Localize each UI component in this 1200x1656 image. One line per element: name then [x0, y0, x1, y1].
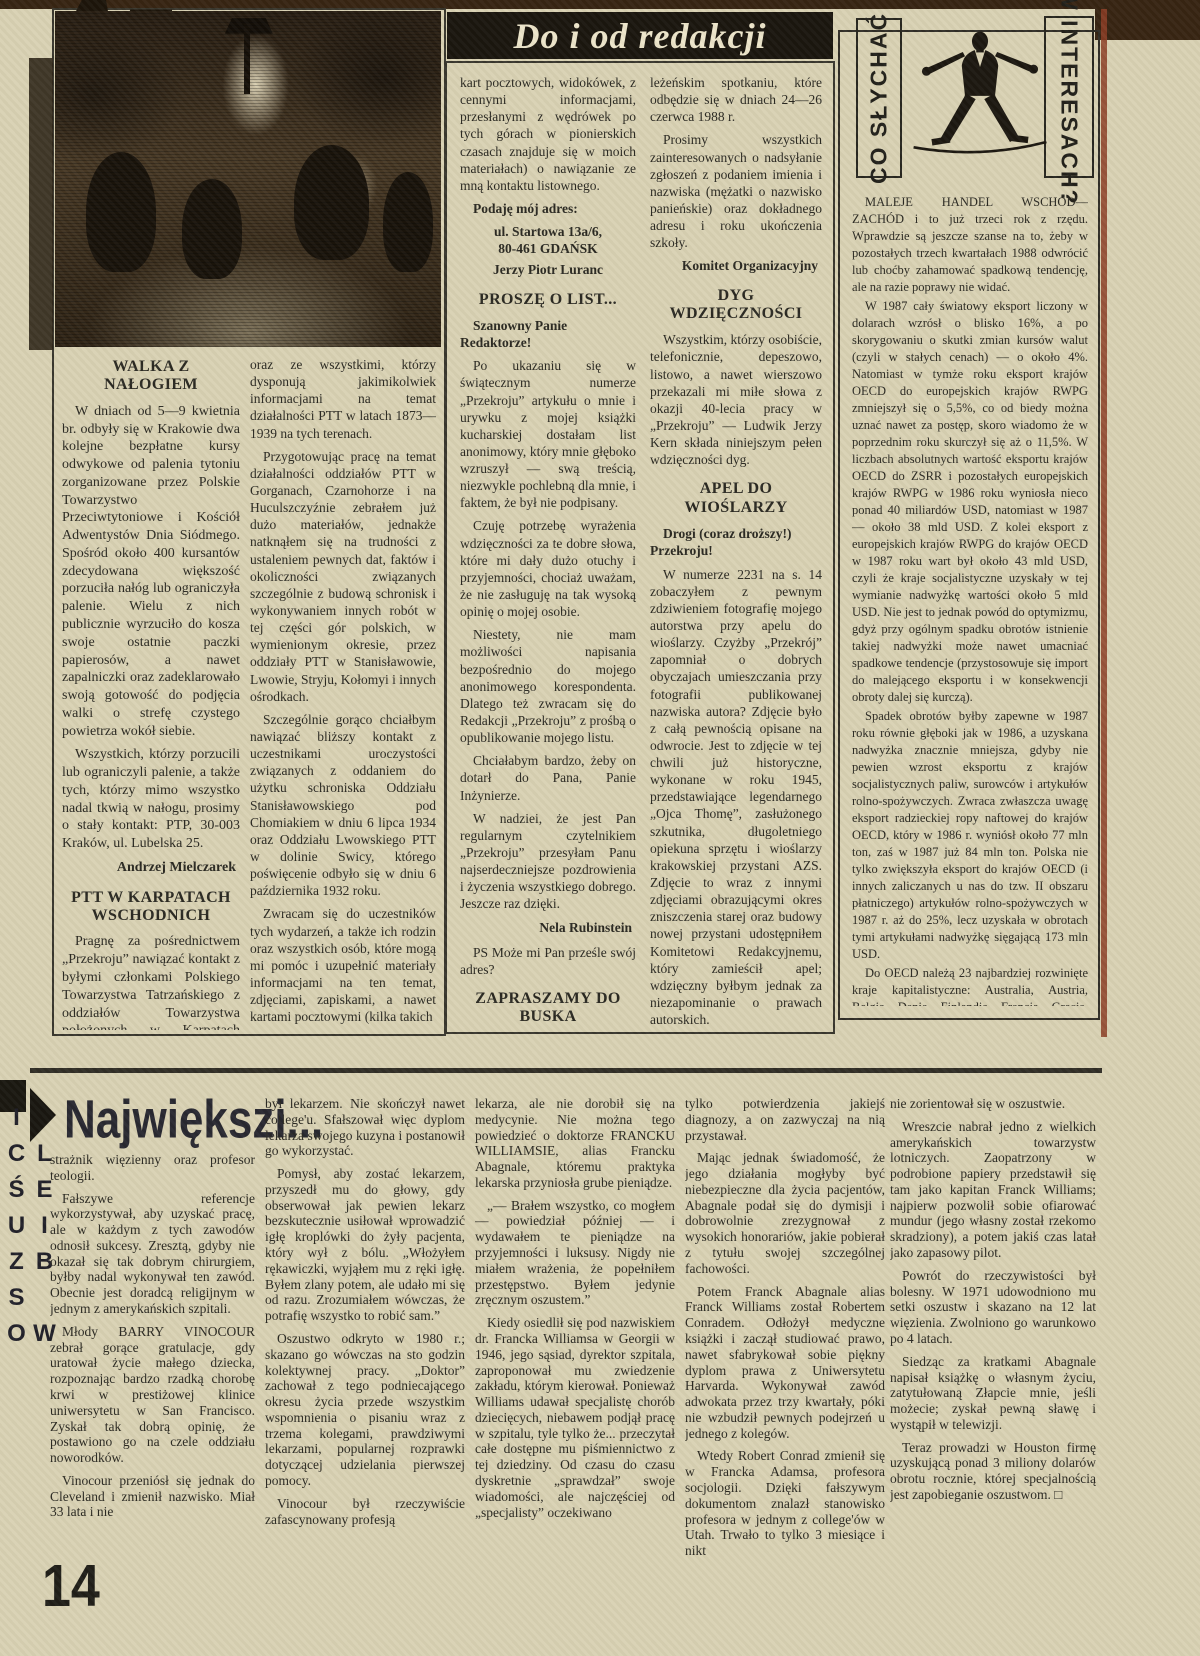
figure-silhouette: [182, 179, 242, 279]
feature-column-2: był lekarzem. Nie skończył nawet college…: [265, 1096, 465, 1652]
article-body: oraz ze wszystkimi, którzy dysponują jak…: [250, 356, 436, 1025]
feature-column-5: nie zorientował się w oszustwie.Wreszcie…: [890, 1096, 1096, 1652]
paragraph: Oszustwo odkryto w 1980 r.; skazano go w…: [265, 1331, 465, 1489]
paragraph: Pomysł, aby zostać lekarzem, przyszedł m…: [265, 1166, 465, 1324]
article-body: MALEJE HANDEL WSCHÓD—ZACHÓD i to już trz…: [852, 194, 1088, 1006]
letter-salutation: Drogi (coraz droższy!) Przekroju!: [650, 525, 822, 559]
letter-title: ZAPRASZAMY DO BUSKA: [468, 990, 628, 1026]
paragraph: tylko potwierdzenia jakiejś diagnozy, a …: [685, 1096, 885, 1143]
paragraph: Szczególnie gorąco chciałbym nawiązać bl…: [250, 711, 436, 900]
paragraph: Chciałabym bardzo, żeby on dotarł do Pan…: [460, 752, 636, 803]
lamp-icon: [225, 18, 273, 34]
paragraph: strażnik więzienny oraz profesor teologi…: [50, 1152, 255, 1184]
kicker-co-slychac: CO SŁYCHAĆ: [856, 18, 902, 178]
paragraph: Przygotowując pracę na temat działalnośc…: [250, 448, 436, 705]
scan-corner-edge: [1095, 0, 1200, 40]
newspaper-page: WALKA Z NAŁOGIEM W dniach od 5—9 kwietni…: [0, 0, 1200, 1656]
paragraph: Wszystkich, którzy porzucili lub ogranic…: [62, 746, 240, 853]
letter-body: kart pocztowych, widokówek, z cennymi in…: [460, 74, 636, 194]
tightrope-walker-illustration: [905, 22, 1055, 172]
paragraph: Wtedy Robert Conrad zmienił się w Franck…: [685, 1448, 885, 1558]
article-maleje-handel: MALEJE HANDEL WSCHÓD—ZACHÓD i to już trz…: [852, 194, 1088, 1006]
feature-body: strażnik więzienny oraz profesor teologi…: [50, 1152, 255, 1520]
paragraph: oraz ze wszystkimi, którzy dysponują jak…: [250, 356, 436, 442]
feature-body: tylko potwierdzenia jakiejś diagnozy, a …: [685, 1096, 885, 1559]
paragraph: Potem Franck Abagnale alias Franck Willi…: [685, 1284, 885, 1442]
address-intro: Podaję mój adres:: [460, 200, 636, 217]
paragraph: Powrót do rzeczywistości był bolesny. W …: [890, 1268, 1096, 1347]
paragraph: W dniach od 5—9 kwietnia br. odbyły się …: [62, 403, 240, 741]
arrow-right-icon: [30, 1088, 56, 1142]
paragraph: W 1987 cały światowy eksport liczony w d…: [852, 298, 1088, 706]
letter-body: W numerze 2231 na s. 14 zobaczyłem z pew…: [650, 566, 822, 1026]
paragraph: Spadek obrotów byłby zapewne w 1987 roku…: [852, 708, 1088, 963]
paragraph: Vinocour przeniósł się jednak do Clevela…: [50, 1473, 255, 1520]
letters-section-banner: Do i od redakcji: [447, 12, 833, 59]
feature-body: nie zorientował się w oszustwie.Wreszcie…: [890, 1096, 1096, 1503]
figure-silhouette: [383, 172, 433, 272]
letter-signature: Nela Rubinstein: [464, 919, 632, 936]
letters-column-1: kart pocztowych, widokówek, z cennymi in…: [460, 74, 636, 1026]
paragraph: był lekarzem. Nie skończył nawet college…: [265, 1096, 465, 1159]
paragraph: leżeńskim spotkaniu, które odbędzie się …: [650, 74, 822, 125]
paragraph: Kiedy osiedlił się pod nazwiskiem dr. Fr…: [475, 1315, 675, 1520]
paragraph: kart pocztowych, widokówek, z cennymi in…: [460, 74, 636, 194]
article-ptt-continuation: oraz ze wszystkimi, którzy dysponują jak…: [250, 356, 436, 1030]
paragraph: Mając jednak świadomość, że jego działan…: [685, 1150, 885, 1276]
paragraph: Prosimy wszystkich zainteresowanych o na…: [650, 131, 822, 251]
letter-body: leżeńskim spotkaniu, które odbędzie się …: [650, 74, 822, 251]
article-signature: Andrzej Mielczarek: [66, 859, 236, 877]
feature-body: był lekarzem. Nie skończył nawet college…: [265, 1096, 465, 1527]
paragraph: Po ukazaniu się w świątecznym numerze „P…: [460, 357, 636, 511]
paragraph: W numerze 2231 na s. 14 zobaczyłem z pew…: [650, 566, 822, 1026]
paragraph: Teraz prowadzi w Houston firmę uzyskując…: [890, 1440, 1096, 1503]
paragraph: Pragnę za pośrednictwem „Przekroju” nawi…: [62, 933, 240, 1030]
feature-column-1: strażnik więzienny oraz profesor teologi…: [50, 1152, 255, 1544]
feature-column-4: tylko potwierdzenia jakiejś diagnozy, a …: [685, 1096, 885, 1652]
paragraph: Zwracam się do uczestników tych wydarzeń…: [250, 905, 436, 1025]
article-title: WALKA Z NAŁOGIEM: [70, 358, 232, 395]
photo-left-edge: [29, 58, 53, 350]
paragraph: Wszystkim, którzy osobiście, telefoniczn…: [650, 331, 822, 468]
paragraph: Siedząc za kratkami Abagnale napisał ksi…: [890, 1354, 1096, 1433]
figure-silhouette: [86, 152, 156, 272]
paragraph: lekarza, ale nie dorobił się na medycyni…: [475, 1096, 675, 1191]
address-line: ul. Startowa 13a/6,: [460, 223, 636, 240]
letter-signature: Jerzy Piotr Luranc: [460, 261, 636, 278]
paragraph: nie zorientował się w oszustwie.: [890, 1096, 1096, 1112]
paragraph: Niestety, nie mam możliwości napisania b…: [460, 626, 636, 746]
paragraph: W nadziei, że jest Pan regularnym czytel…: [460, 810, 636, 913]
article-title: PTT W KARPATACH WSCHODNICH: [70, 889, 232, 926]
article-body: Pragnę za pośrednictwem „Przekroju” nawi…: [62, 933, 240, 1030]
article-body: W dniach od 5—9 kwietnia br. odbyły się …: [62, 403, 240, 853]
lamp-stem: [244, 24, 250, 94]
paragraph: Do OECD należą 23 najbardziej rozwinięte…: [852, 965, 1088, 1006]
paragraph: Wreszcie nabrał jedno z wielkich ameryka…: [890, 1119, 1096, 1261]
engraving-photo-dinner-scene: [55, 11, 441, 347]
letters-column-2: leżeńskim spotkaniu, które odbędzie się …: [650, 74, 822, 1026]
letter-title: PROSZĘ O LIST...: [468, 291, 628, 309]
letter-title: APEL DO WIOŚLARZY: [658, 480, 814, 517]
paragraph: „— Brałem wszystko, co mogłem — powiedzi…: [475, 1198, 675, 1308]
letter-ps: PS Może mi Pan prześle swój adres?: [460, 944, 636, 978]
feature-column-3: lekarza, ale nie dorobił się na medycyni…: [475, 1096, 675, 1652]
paragraph: MALEJE HANDEL WSCHÓD—ZACHÓD i to już trz…: [852, 194, 1088, 296]
section-divider: [30, 1068, 1102, 1073]
paragraph: Młody BARRY VINOCOUR zebrał gorące gratu…: [50, 1324, 255, 1466]
figure-silhouette: [294, 145, 369, 260]
paragraph: Fałszywe referencje wykorzystywał, aby u…: [50, 1191, 255, 1317]
article-walka-z-nalogiem: WALKA Z NAŁOGIEM W dniach od 5—9 kwietni…: [62, 356, 240, 1030]
letter-title: DYG WDZIĘCZNOŚCI: [658, 287, 814, 324]
page-fold-line: [1101, 9, 1107, 1037]
letter-body: Wszystkim, którzy osobiście, telefoniczn…: [650, 331, 822, 468]
letter-body: Po ukazaniu się w świątecznym numerze „P…: [460, 357, 636, 912]
letter-salutation: Szanowny Panie Redaktorze!: [460, 317, 636, 351]
paragraph: Vinocour był rzeczywiście zafascynowany …: [265, 1496, 465, 1528]
page-number: 14: [42, 1552, 100, 1621]
address-line: 80-461 GDAŃSK: [460, 240, 636, 257]
paragraph: Czuję potrzebę wyrażenia wdzięczności za…: [460, 517, 636, 620]
letter-signature: Komitet Organizacyjny: [654, 257, 818, 274]
feature-body: lekarza, ale nie dorobił się na medycyni…: [475, 1096, 675, 1520]
